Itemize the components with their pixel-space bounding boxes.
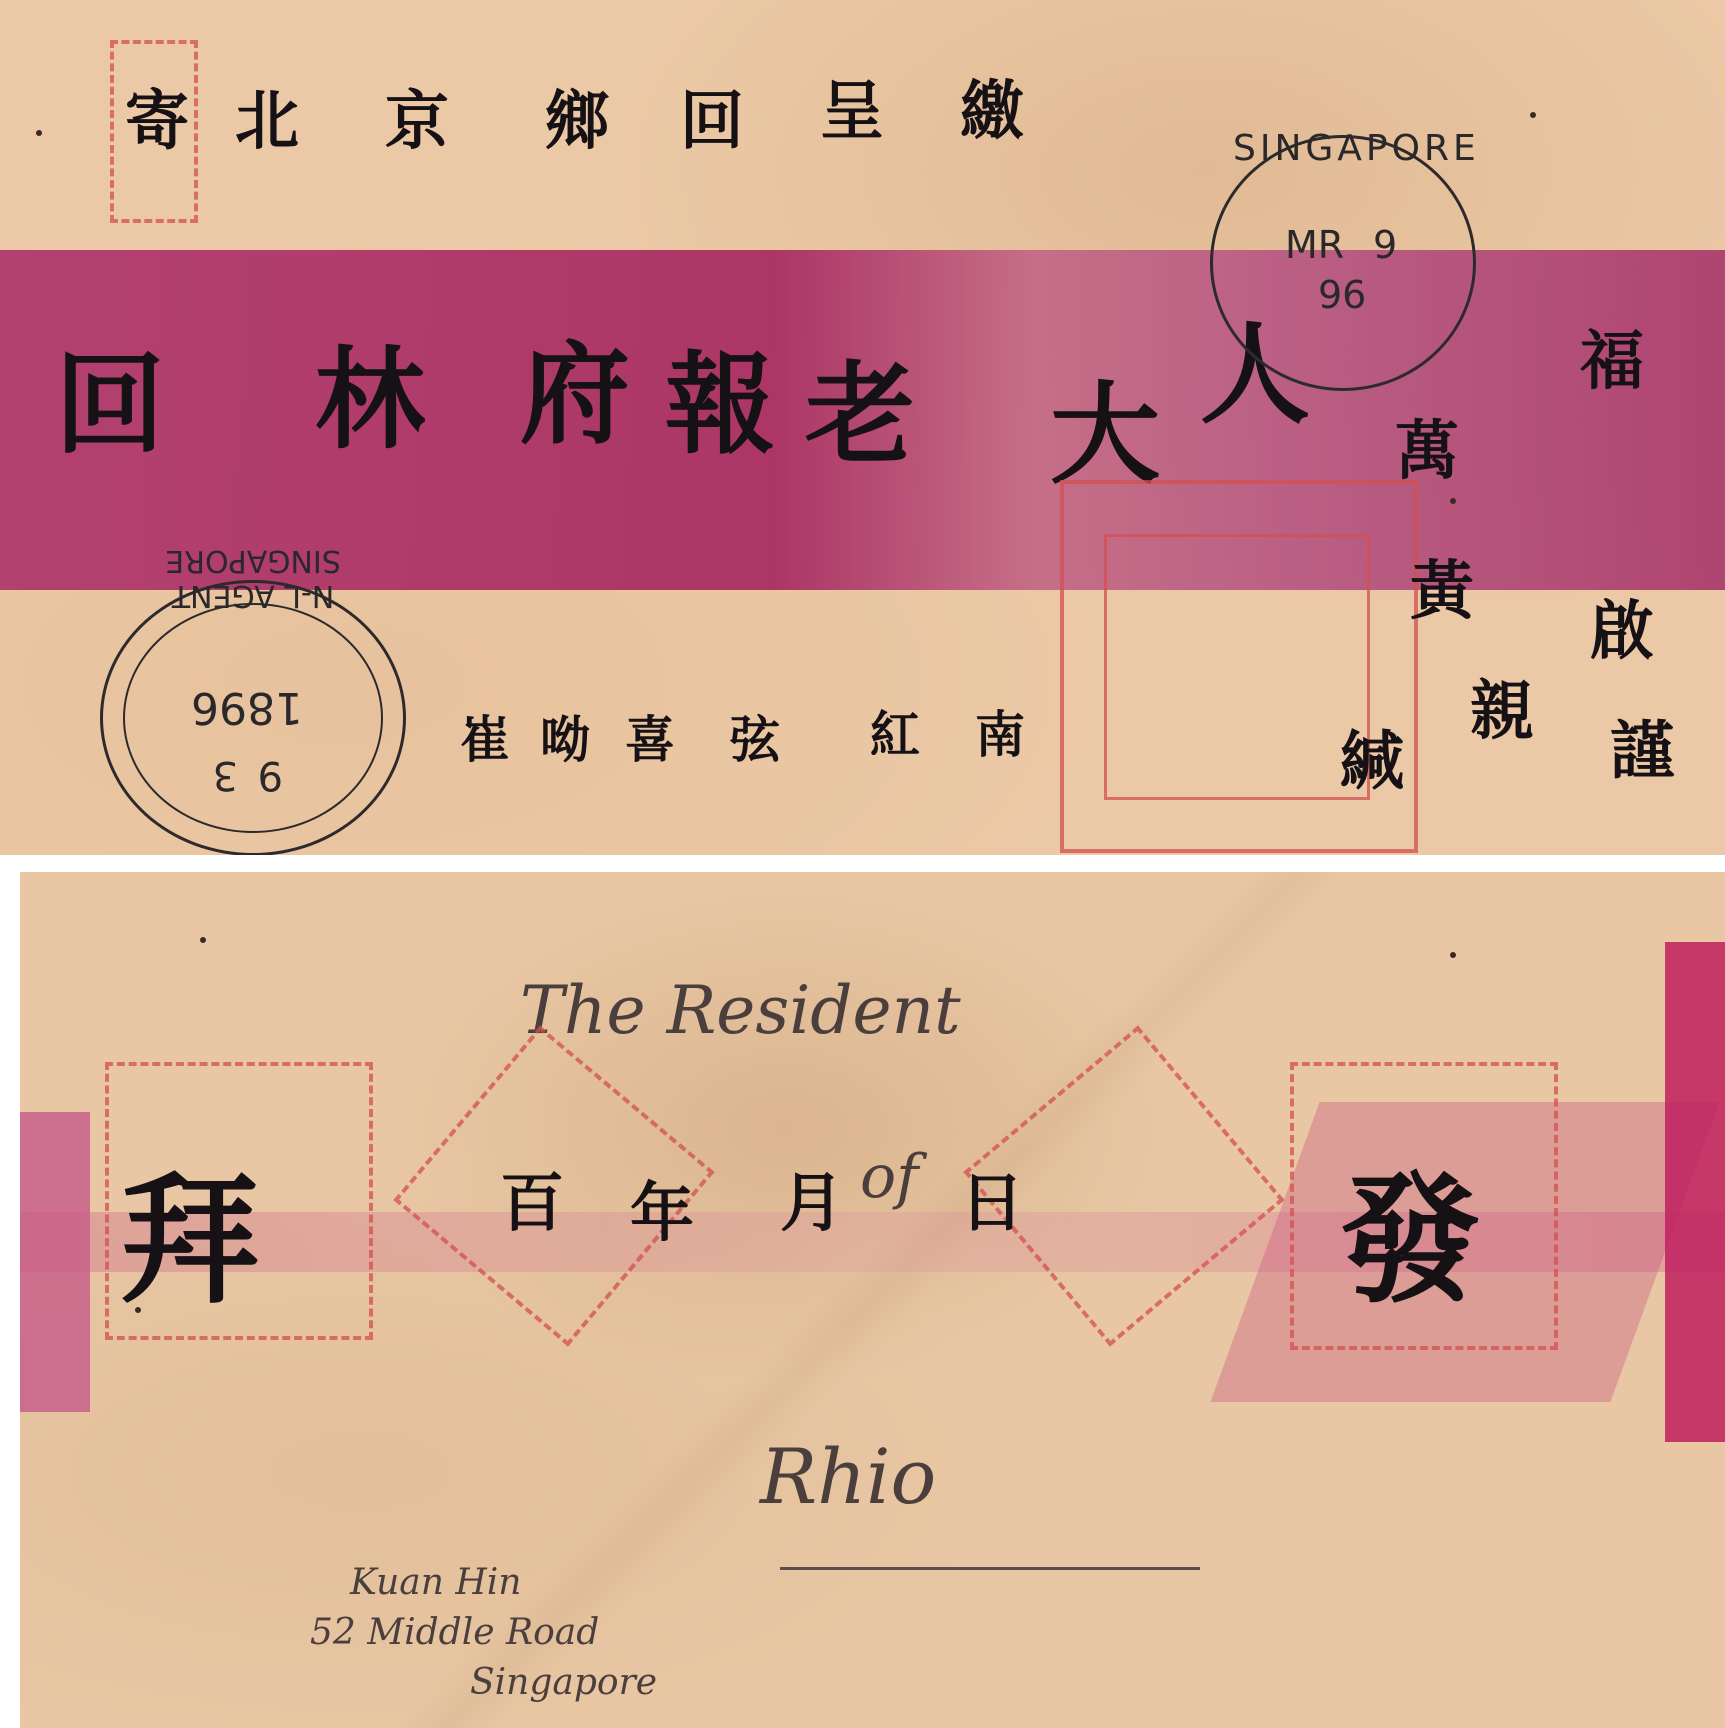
band-char: 報	[665, 350, 775, 460]
lower-row-char: 喜	[625, 715, 675, 765]
lower-row-char: 南	[975, 710, 1025, 760]
sender-city: Singapore	[470, 1662, 657, 1703]
back-char-left: 拜	[120, 1172, 260, 1312]
postmark-singapore: SINGAPORE MR 9 96	[1210, 135, 1476, 391]
front-top-char: 繳	[960, 80, 1024, 144]
sender-street: 52 Middle Road	[310, 1612, 599, 1653]
band-char: 林	[315, 345, 425, 455]
postmark-town: SINGAPORE	[1233, 128, 1453, 169]
underline-arrow	[780, 1567, 1200, 1570]
postmark-day: 9	[1373, 223, 1397, 267]
front-top-char: 寄	[125, 90, 189, 154]
lower-right-char: 黃	[1410, 560, 1474, 624]
pin-hole	[1450, 498, 1456, 504]
band-char: 老	[805, 360, 915, 470]
handwritten-of: of	[860, 1142, 918, 1212]
lower-row-char: 弦	[730, 715, 780, 765]
lower-row-char: 崔	[460, 715, 510, 765]
handwritten-destination: Rhio	[760, 1432, 936, 1521]
postmark-agent-day: 9	[258, 752, 283, 798]
front-top-char: 北	[235, 90, 299, 154]
back-char-right: 發	[1340, 1172, 1480, 1312]
postmark-agent: N-L AGENT SINGAPORE 9 3 1896	[100, 580, 406, 855]
pin-hole	[36, 130, 42, 136]
back-char-center: 日	[960, 1172, 1024, 1236]
band-char: 福	[1580, 330, 1644, 394]
lower-right-char: 謹	[1610, 720, 1674, 784]
lower-row-char: 紅	[870, 710, 920, 760]
lower-right-char: 親	[1470, 680, 1534, 744]
postmark-year: 96	[1318, 273, 1366, 317]
front-top-char: 京	[385, 90, 449, 154]
lower-right-char: 啟	[1590, 600, 1654, 664]
postmark-agent-year: 1896	[191, 682, 303, 733]
lower-right-char: 緘	[1340, 730, 1404, 794]
handwritten-addressee: The Resident	[520, 972, 961, 1049]
red-chop-inner	[1104, 534, 1370, 800]
pin-hole	[1530, 112, 1536, 118]
front-top-char: 回	[680, 90, 744, 154]
postmark-agent-text: N-L AGENT SINGAPORE	[133, 543, 373, 613]
sender-name: Kuan Hin	[350, 1562, 521, 1603]
pin-hole	[200, 937, 206, 943]
band-char: 回	[55, 350, 165, 460]
postmark-agent-month: 3	[213, 752, 238, 798]
postmark-month: MR	[1285, 223, 1344, 267]
back-char-center: 年	[630, 1182, 694, 1246]
band-char: 大	[1050, 380, 1160, 490]
envelope-front: 寄 北 京 鄉 回 呈 繳 回 林 府 報 老 大 人 萬 福 黃 親 啟 謹 …	[0, 0, 1725, 855]
band-char: 萬	[1395, 420, 1459, 484]
front-top-char: 鄉	[545, 90, 609, 154]
envelope-back: The Resident of Rhio Kuan Hin 52 Middle …	[20, 872, 1725, 1728]
back-char-center: 月	[780, 1172, 844, 1236]
lower-row-char: 呦	[540, 715, 590, 765]
pin-hole	[1450, 952, 1456, 958]
front-top-char: 呈	[820, 80, 884, 144]
red-band-right	[1665, 942, 1725, 1442]
back-char-center: 百	[500, 1172, 564, 1236]
band-char: 府	[520, 340, 630, 450]
